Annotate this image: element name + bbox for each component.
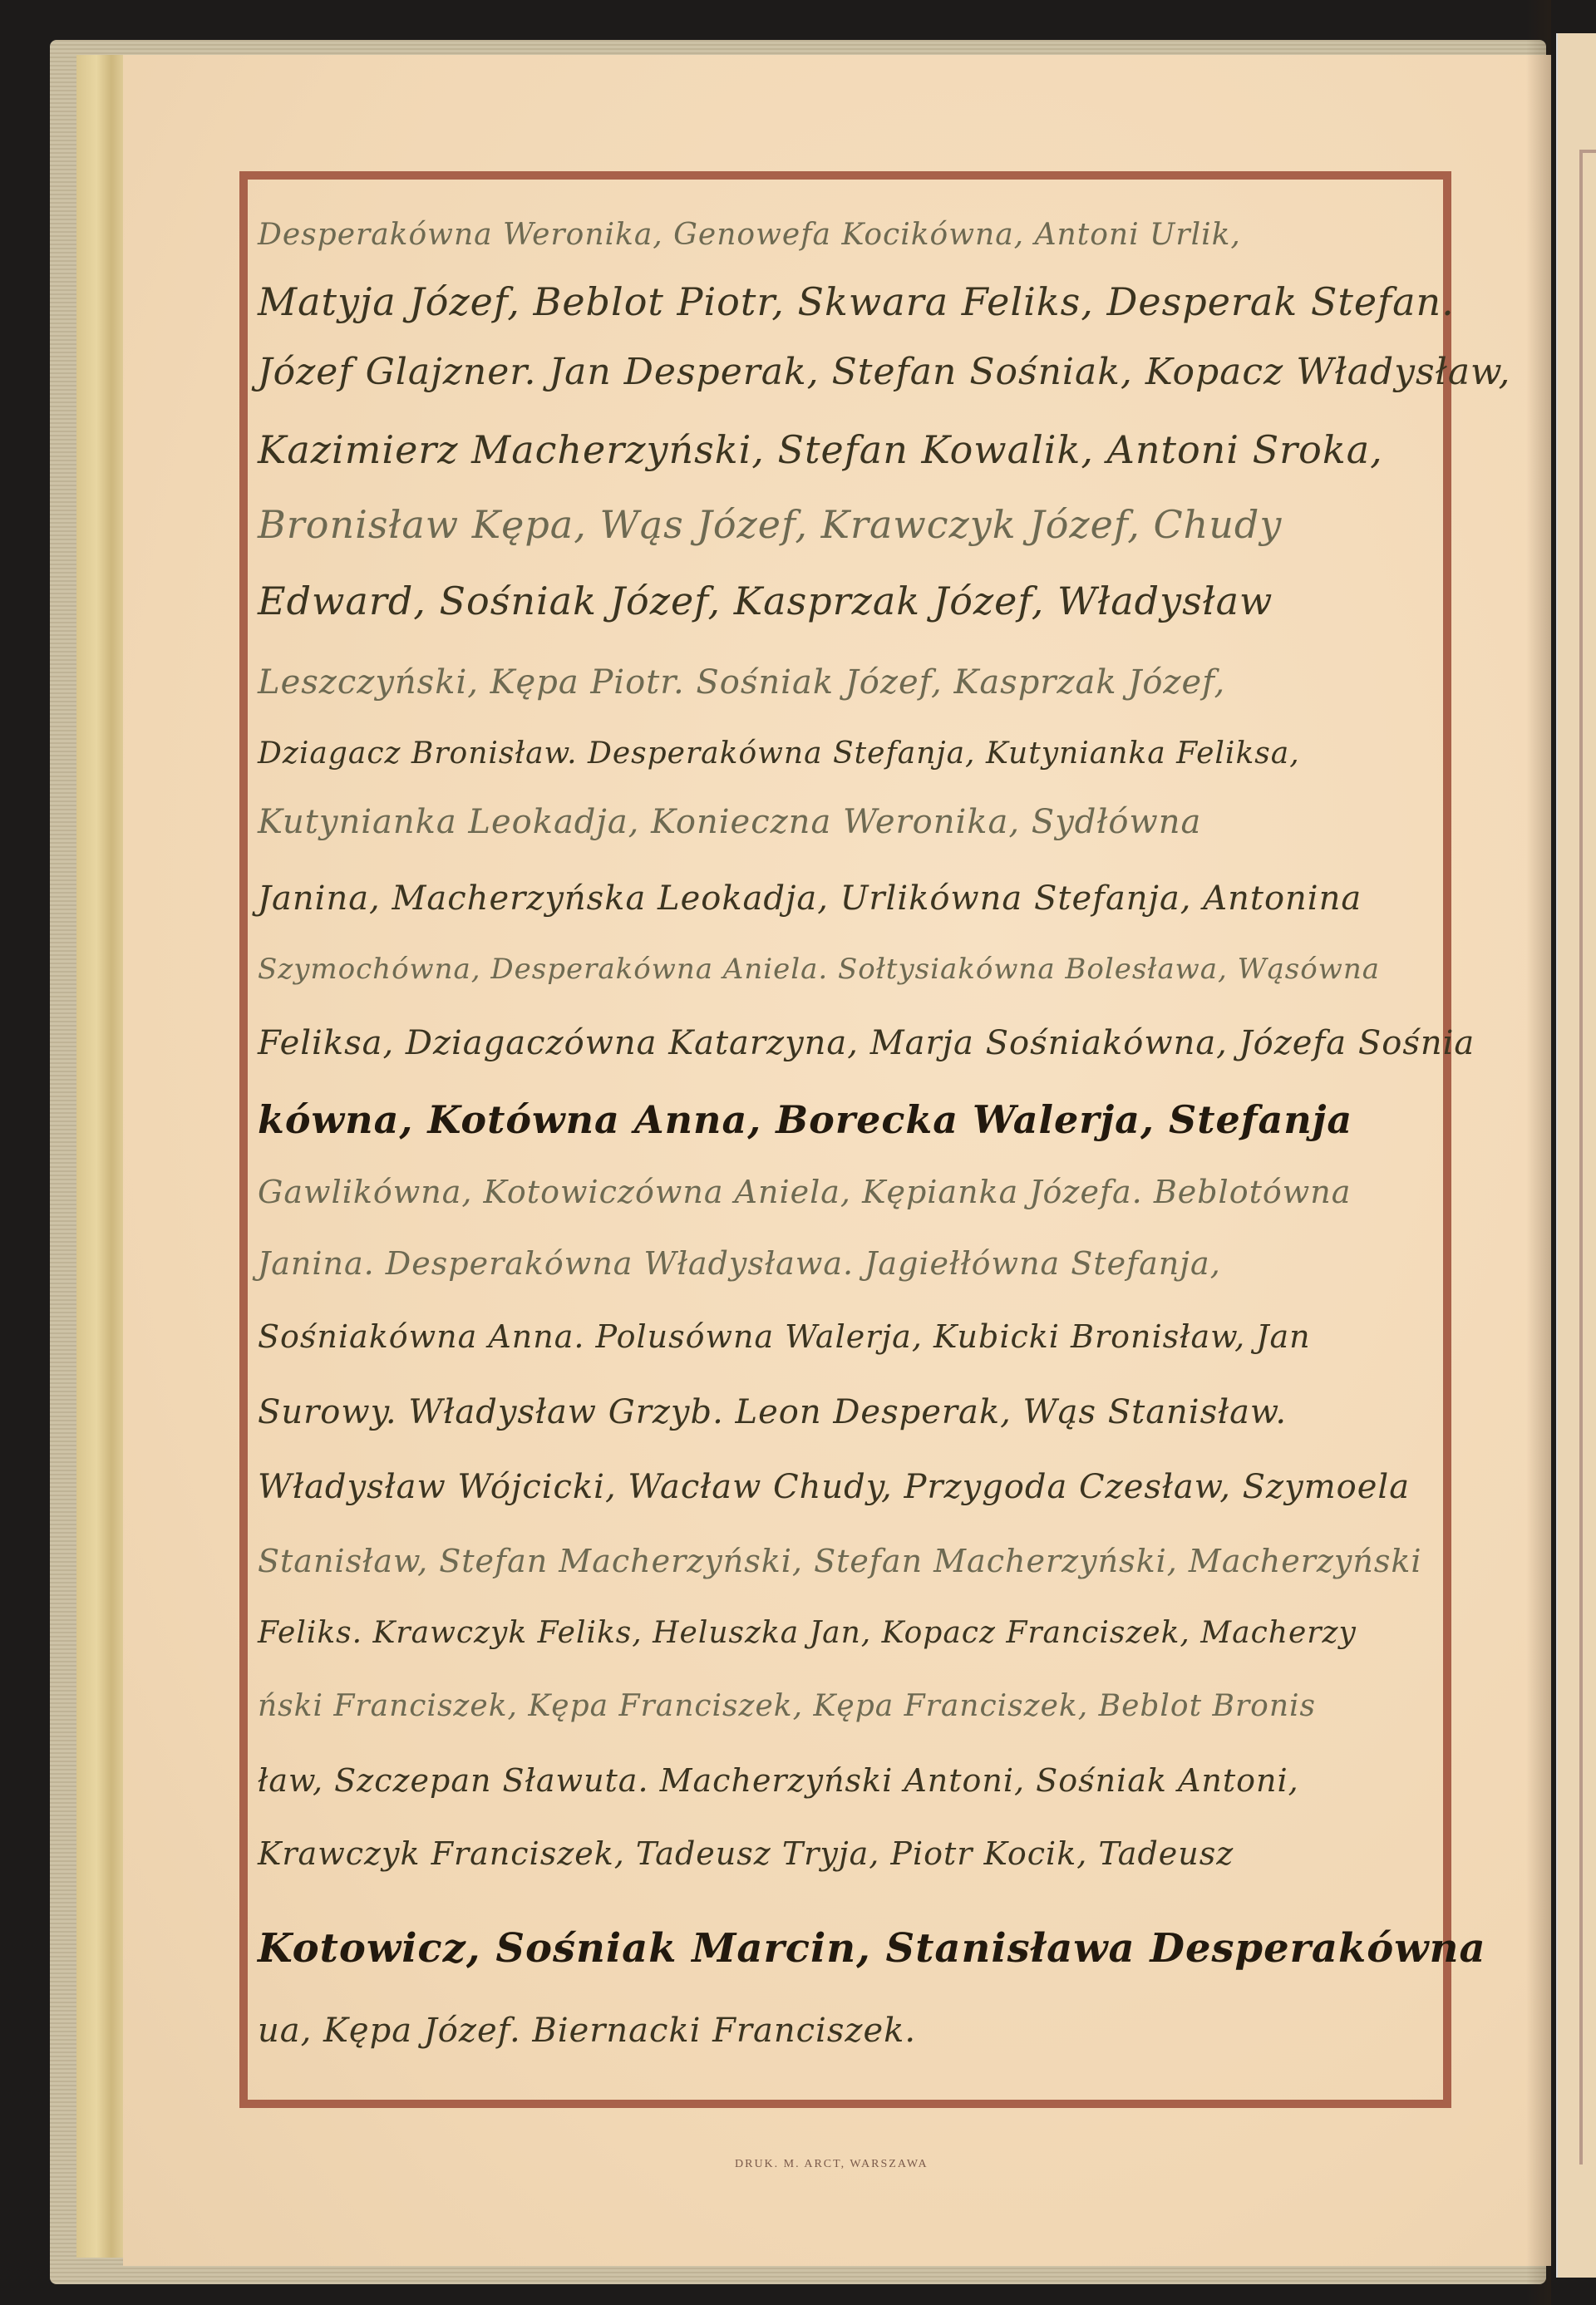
signature-line: Janina, Macherzyńska Leokadja, Urlikówna… bbox=[258, 879, 1446, 918]
signature-line: Kutynianka Leokadja, Konieczna Weronika,… bbox=[258, 803, 1446, 841]
signature-line: Józef Glajzner. Jan Desperak, Stefan Soś… bbox=[258, 351, 1446, 393]
signature-line: Władysław Wójcicki, Wacław Chudy, Przygo… bbox=[258, 1468, 1446, 1506]
signature-line: Kotowicz, Sośniak Marcin, Stanisława Des… bbox=[258, 1925, 1446, 1972]
signature-line: Krawczyk Franciszek, Tadeusz Tryja, Piot… bbox=[258, 1835, 1446, 1872]
signature-line: ław, Szczepan Sławuta. Macherzyński Anto… bbox=[258, 1762, 1446, 1799]
signature-line: ński Franciszek, Kępa Franciszek, Kępa F… bbox=[258, 1689, 1446, 1723]
signature-line: Dziagacz Bronisław. Desperakówna Stefanj… bbox=[258, 736, 1446, 771]
signature-line: Surowy. Władysław Grzyb. Leon Desperak, … bbox=[258, 1393, 1446, 1431]
signature-line: Janina. Desperakówna Władysława. Jagiełł… bbox=[258, 1245, 1446, 1282]
signature-line: Feliks. Krawczyk Feliks, Heluszka Jan, K… bbox=[258, 1616, 1446, 1650]
signature-line: Leszczyński, Kępa Piotr. Sośniak Józef, … bbox=[258, 663, 1446, 702]
signature-line: Matyja Józef, Beblot Piotr, Skwara Felik… bbox=[258, 279, 1446, 324]
signature-line: Edward, Sośniak Józef, Kasprzak Józef, W… bbox=[258, 579, 1446, 623]
signature-list: Desperakówna Weronika, Genowefa Kocikówn… bbox=[0, 0, 1596, 2305]
signature-line: Bronisław Kępa, Wąs Józef, Krawczyk Józe… bbox=[258, 502, 1446, 547]
printer-imprint: DRUK. M. ARCT, WARSZAWA bbox=[735, 2158, 929, 2171]
signature-line: Desperakówna Weronika, Genowefa Kocikówn… bbox=[258, 218, 1446, 252]
signature-line: Kazimierz Macherzyński, Stefan Kowalik, … bbox=[258, 427, 1446, 472]
signature-line: Stanisław, Stefan Macherzyński, Stefan M… bbox=[258, 1543, 1446, 1579]
signature-line: kówna, Kotówna Anna, Borecka Walerja, St… bbox=[258, 1097, 1446, 1142]
signature-line: Gawlikówna, Kotowiczówna Aniela, Kępiank… bbox=[258, 1174, 1446, 1210]
signature-line: Szymochówna, Desperakówna Aniela. Sołtys… bbox=[258, 953, 1446, 986]
signature-line: Sośniakówna Anna. Polusówna Walerja, Kub… bbox=[258, 1318, 1446, 1355]
signature-line: Feliksa, Dziagaczówna Katarzyna, Marja S… bbox=[258, 1024, 1446, 1062]
signature-line: ua, Kępa Józef. Biernacki Franciszek. bbox=[258, 2012, 1446, 2050]
